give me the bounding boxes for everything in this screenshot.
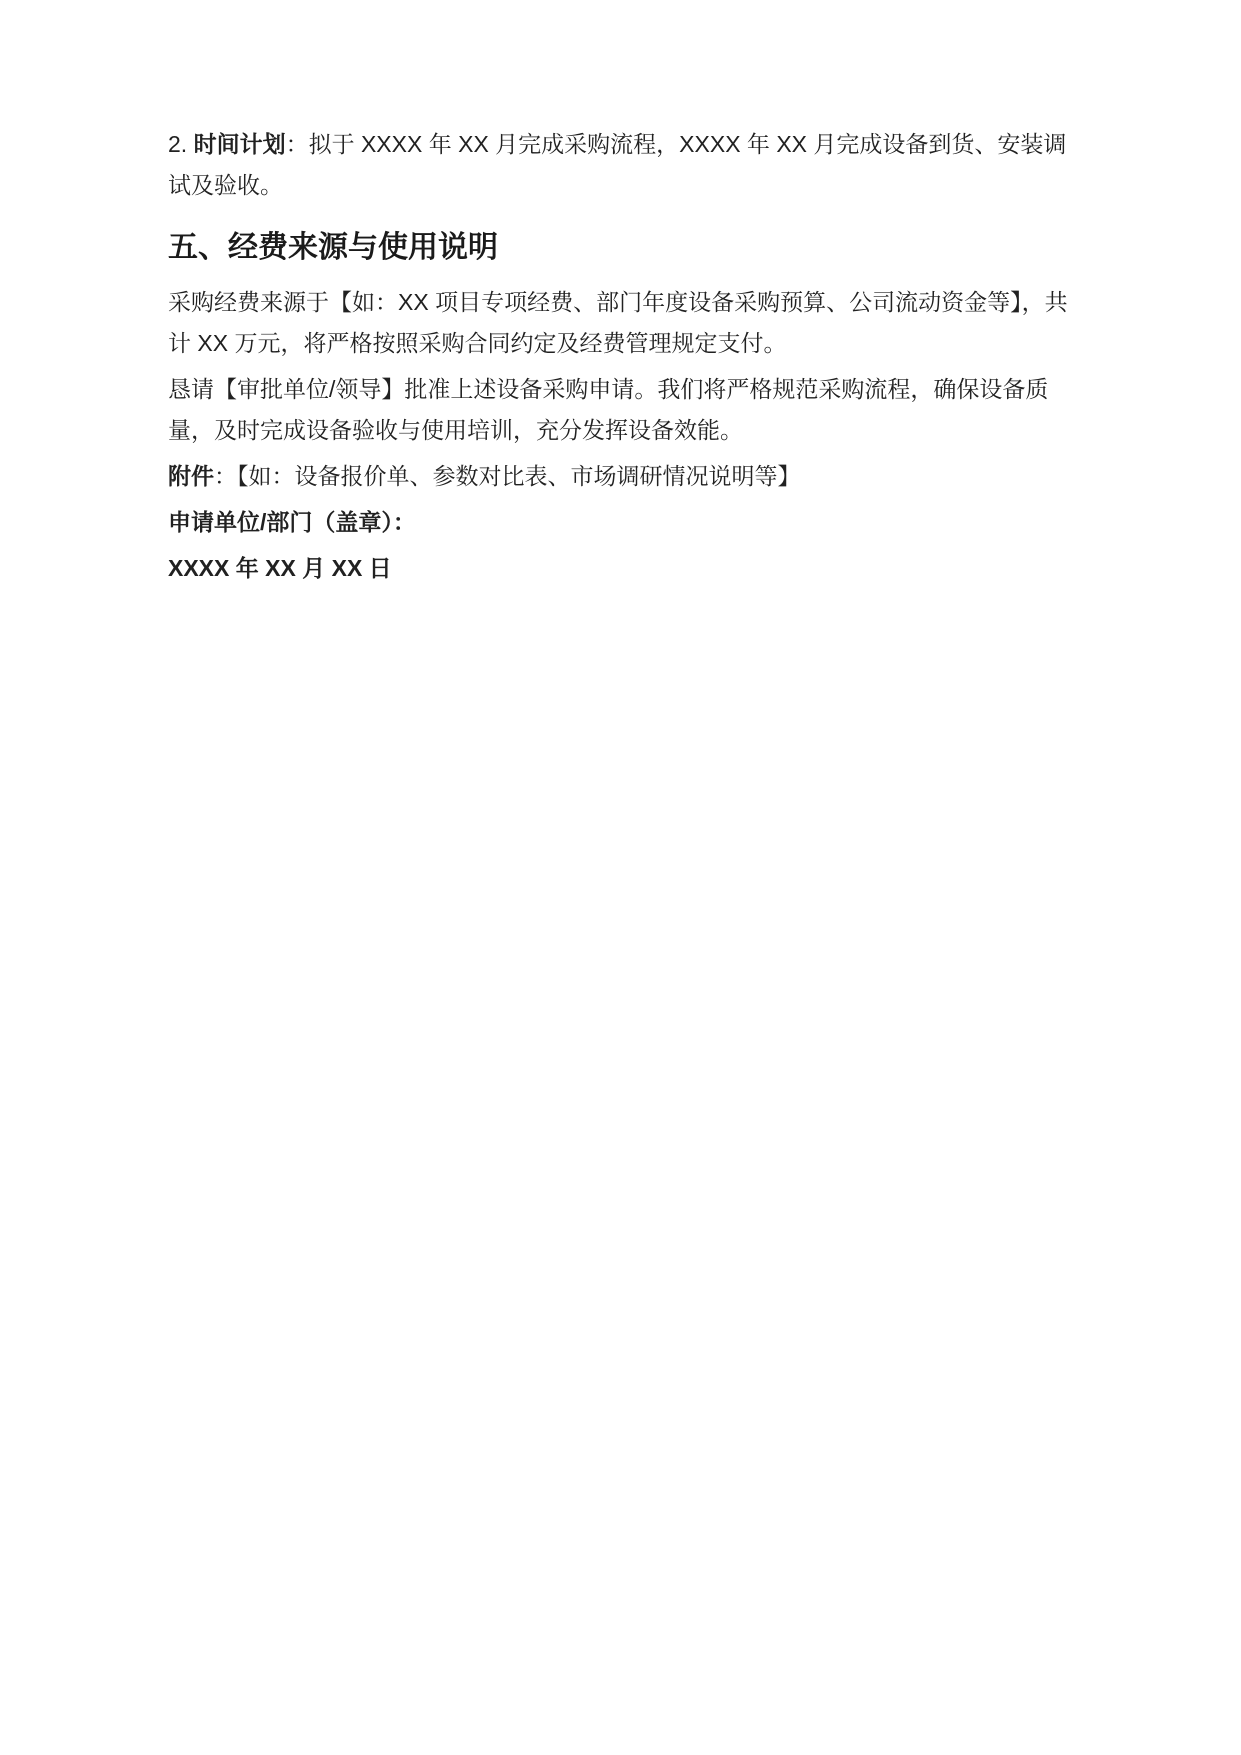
time-plan-paragraph: 2. 时间计划：拟于 XXXX 年 XX 月完成采购流程，XXXX 年 XX 月…	[168, 124, 1073, 206]
date-line: XXXX 年 XX 月 XX 日	[168, 548, 1073, 589]
attachment-label: 附件	[168, 463, 214, 489]
document-content: 2. 时间计划：拟于 XXXX 年 XX 月完成采购流程，XXXX 年 XX 月…	[0, 0, 1241, 589]
attachment-line: 附件：【如：设备报价单、参数对比表、市场调研情况说明等】	[168, 456, 1073, 497]
document-page: 2. 时间计划：拟于 XXXX 年 XX 月完成采购流程，XXXX 年 XX 月…	[0, 0, 1241, 1755]
approval-request-paragraph: 恳请【审批单位/领导】批准上述设备采购申请。我们将严格规范采购流程，确保设备质量…	[168, 369, 1073, 451]
section-heading: 五、经费来源与使用说明	[168, 224, 1073, 272]
time-plan-number: 2.	[168, 131, 194, 157]
time-plan-text: ：拟于 XXXX 年 XX 月完成采购流程，XXXX 年 XX 月完成设备到货、…	[168, 131, 1066, 198]
attachment-text: ：【如：设备报价单、参数对比表、市场调研情况说明等】	[214, 463, 801, 489]
signature-line: 申请单位/部门（盖章）：	[168, 502, 1073, 543]
time-plan-label: 时间计划	[194, 131, 286, 157]
funding-source-paragraph: 采购经费来源于【如：XX 项目专项经费、部门年度设备采购预算、公司流动资金等】，…	[168, 282, 1073, 364]
